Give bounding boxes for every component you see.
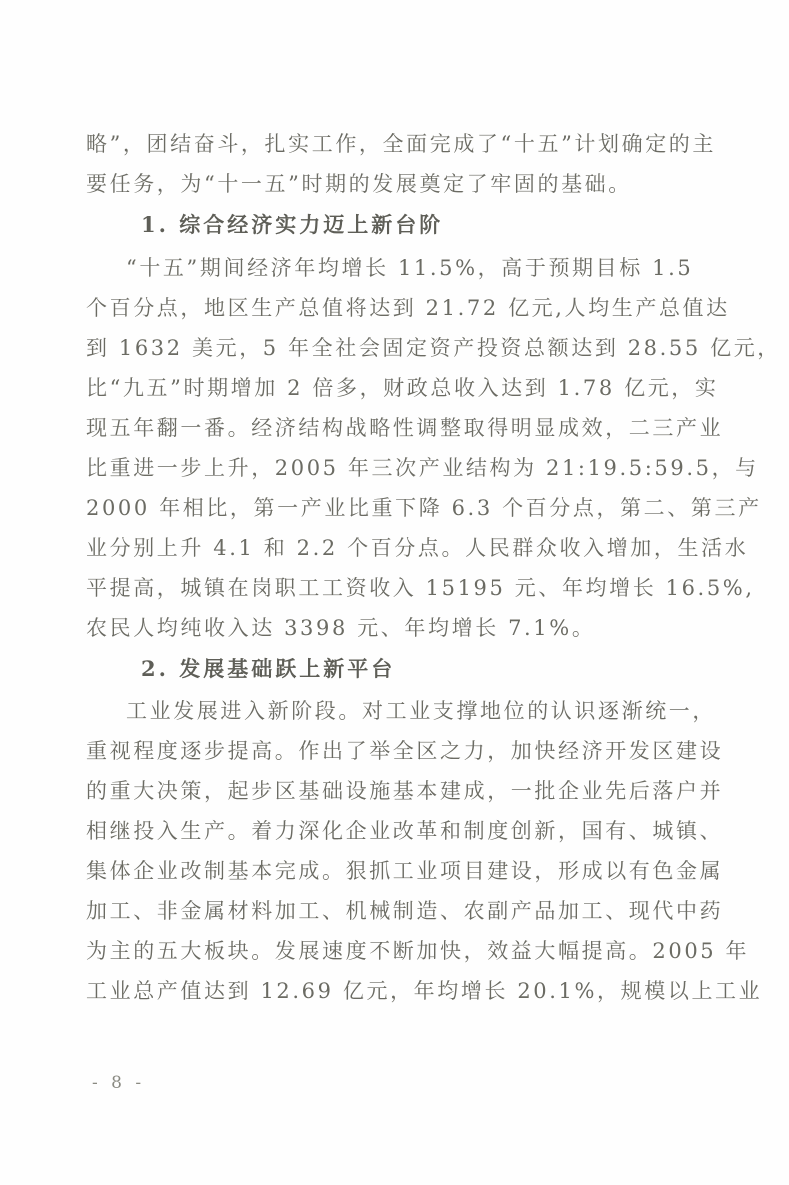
body-line: 工业总产值达到 12.69 亿元，年均增长 20.1%，规模以上工业 [86,974,706,1008]
body-line: 平提高，城镇在岗职工工资收入 15195 元、年均增长 16.5%, [86,571,706,605]
body-line: 2000 年相比，第一产业比重下降 6.3 个百分点，第二、第三产 [86,491,706,525]
body-line: 的重大决策，起步区基础设施基本建成，一批企业先后落户并 [86,774,706,808]
paragraph-first-line: “十五”期间经济年均增长 11.5%，高于预期目标 1.5 [126,251,706,285]
body-line: 略”，团结奋斗，扎实工作，全面完成了“十五”计划确定的主 [86,127,706,161]
body-line: 个百分点，地区生产总值将达到 21.72 亿元,人均生产总值达 [86,291,706,325]
body-line: 相继投入生产。着力深化企业改革和制度创新，国有、城镇、 [86,814,706,848]
body-line: 重视程度逐步提高。作出了举全区之力，加快经济开发区建设 [86,734,706,768]
body-line: 加工、非金属材料加工、机械制造、农副产品加工、现代中药 [86,894,706,928]
body-line: 业分别上升 4.1 和 2.2 个百分点。人民群众收入增加，生活水 [86,531,706,565]
page-number: - 8 - [92,1073,145,1093]
body-line: 要任务，为“十一五”时期的发展奠定了牢固的基础。 [86,167,706,201]
body-line: 到 1632 美元，5 年全社会固定资产投资总额达到 28.55 亿元， [86,331,706,365]
section-heading-1: 1. 综合经济实力迈上新台阶 [141,208,443,242]
paragraph-first-line: 工业发展进入新阶段。对工业支撑地位的认识逐渐统一， [126,694,706,728]
body-line: 比“九五”时期增加 2 倍多，财政总收入达到 1.78 亿元，实 [86,371,706,405]
body-line: 集体企业改制基本完成。狠抓工业项目建设，形成以有色金属 [86,854,706,888]
body-line: 比重进一步上升，2005 年三次产业结构为 21:19.5:59.5，与 [86,451,706,485]
body-line: 农民人均纯收入达 3398 元、年均增长 7.1%。 [86,611,706,645]
section-heading-2: 2. 发展基础跃上新平台 [141,652,395,686]
body-line: 现五年翻一番。经济结构战略性调整取得明显成效，二三产业 [86,411,706,445]
body-line: 为主的五大板块。发展速度不断加快，效益大幅提高。2005 年 [86,934,706,968]
document-page: 略”，团结奋斗，扎实工作，全面完成了“十五”计划确定的主 要任务，为“十一五”时… [0,0,789,1185]
